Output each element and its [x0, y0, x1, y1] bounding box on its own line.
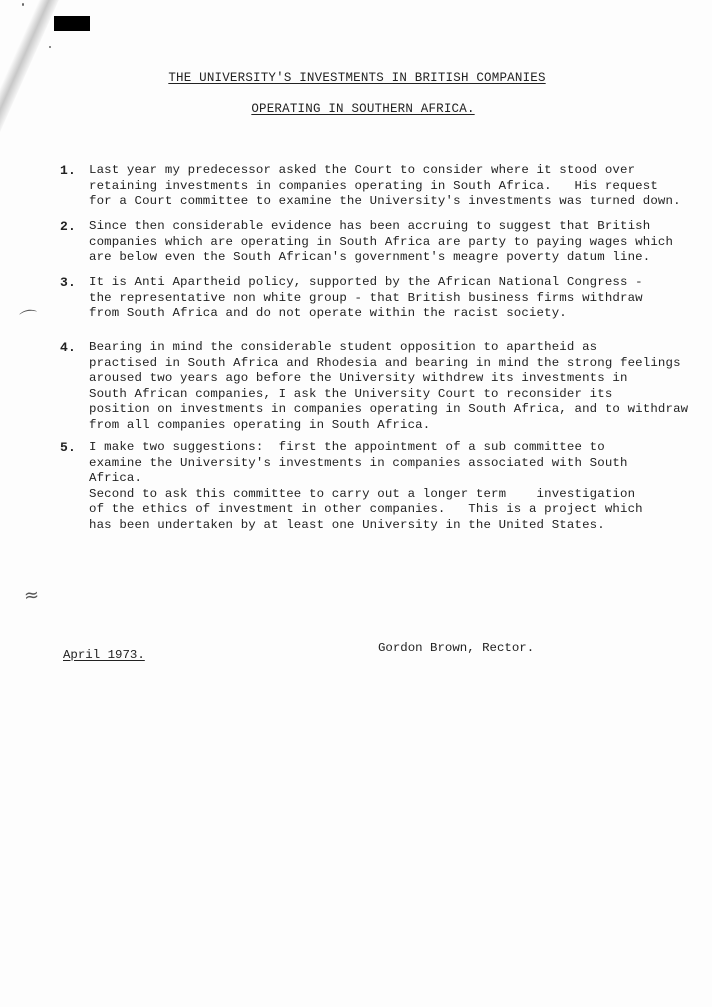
margin-pencil-mark-icon: ⌒ — [18, 304, 40, 333]
text-line: It is Anti Apartheid policy, supported b… — [89, 275, 680, 291]
document-date: April 1973. — [63, 648, 145, 662]
paragraph-2: 2. Since then considerable evidence has … — [60, 219, 680, 266]
title-text: THE UNIVERSITY'S INVESTMENTS IN BRITISH … — [168, 71, 545, 85]
paragraph-number: 4. — [60, 340, 76, 356]
text-line: are below even the South African's gover… — [89, 250, 680, 266]
paragraph-body: Since then considerable evidence has bee… — [89, 219, 680, 266]
text-line: examine the University's investments in … — [89, 456, 680, 472]
paragraph-body: Last year my predecessor asked the Court… — [89, 163, 680, 210]
paragraph-body: I make two suggestions: first the appoin… — [89, 440, 680, 534]
paragraph-1: 1. Last year my predecessor asked the Co… — [60, 163, 680, 210]
text-line: Africa. — [89, 471, 680, 487]
paragraph-3: 3. It is Anti Apartheid policy, supporte… — [60, 275, 680, 322]
text-line: Last year my predecessor asked the Court… — [89, 163, 680, 179]
text-line: Second to ask this committee to carry ou… — [89, 487, 680, 503]
text-line: companies which are operating in South A… — [89, 235, 680, 251]
paragraph-5: 5. I make two suggestions: first the app… — [60, 440, 680, 534]
scan-speck — [49, 46, 51, 48]
signature-line: Gordon Brown, Rector. — [378, 641, 534, 655]
text-line: Since then considerable evidence has bee… — [89, 219, 680, 235]
text-line: practised in South Africa and Rhodesia a… — [89, 356, 680, 372]
margin-pencil-mark-icon: ≈ — [23, 584, 40, 606]
text-line: of the ethics of investment in other com… — [89, 502, 680, 518]
text-line: retaining investments in companies opera… — [89, 179, 680, 195]
paragraph-body: It is Anti Apartheid policy, supported b… — [89, 275, 680, 322]
text-line: position on investments in companies ope… — [89, 402, 680, 418]
paragraph-number: 5. — [60, 440, 76, 456]
paragraph-body: Bearing in mind the considerable student… — [89, 340, 680, 434]
text-line: Bearing in mind the considerable student… — [89, 340, 680, 356]
text-line: has been undertaken by at least one Univ… — [89, 518, 680, 534]
text-line: aroused two years ago before the Univers… — [89, 371, 680, 387]
document-title-line-2: OPERATING IN SOUTHERN AFRICA. — [7, 102, 712, 116]
scan-speck — [22, 3, 24, 6]
text-line: the representative non white group - tha… — [89, 291, 680, 307]
paragraph-number: 3. — [60, 275, 76, 291]
title-text: OPERATING IN SOUTHERN AFRICA. — [251, 102, 474, 116]
text-line: I make two suggestions: first the appoin… — [89, 440, 680, 456]
redaction-block — [54, 16, 90, 31]
document-page: THE UNIVERSITY'S INVESTMENTS IN BRITISH … — [0, 0, 712, 1007]
paragraph-number: 2. — [60, 219, 76, 235]
text-line: from all companies operating in South Af… — [89, 418, 680, 434]
paragraph-4: 4. Bearing in mind the considerable stud… — [60, 340, 680, 434]
paragraph-number: 1. — [60, 163, 76, 179]
text-line: from South Africa and do not operate wit… — [89, 306, 680, 322]
text-line: for a Court committee to examine the Uni… — [89, 194, 680, 210]
text-line: South African companies, I ask the Unive… — [89, 387, 680, 403]
document-title-line-1: THE UNIVERSITY'S INVESTMENTS IN BRITISH … — [1, 71, 712, 85]
